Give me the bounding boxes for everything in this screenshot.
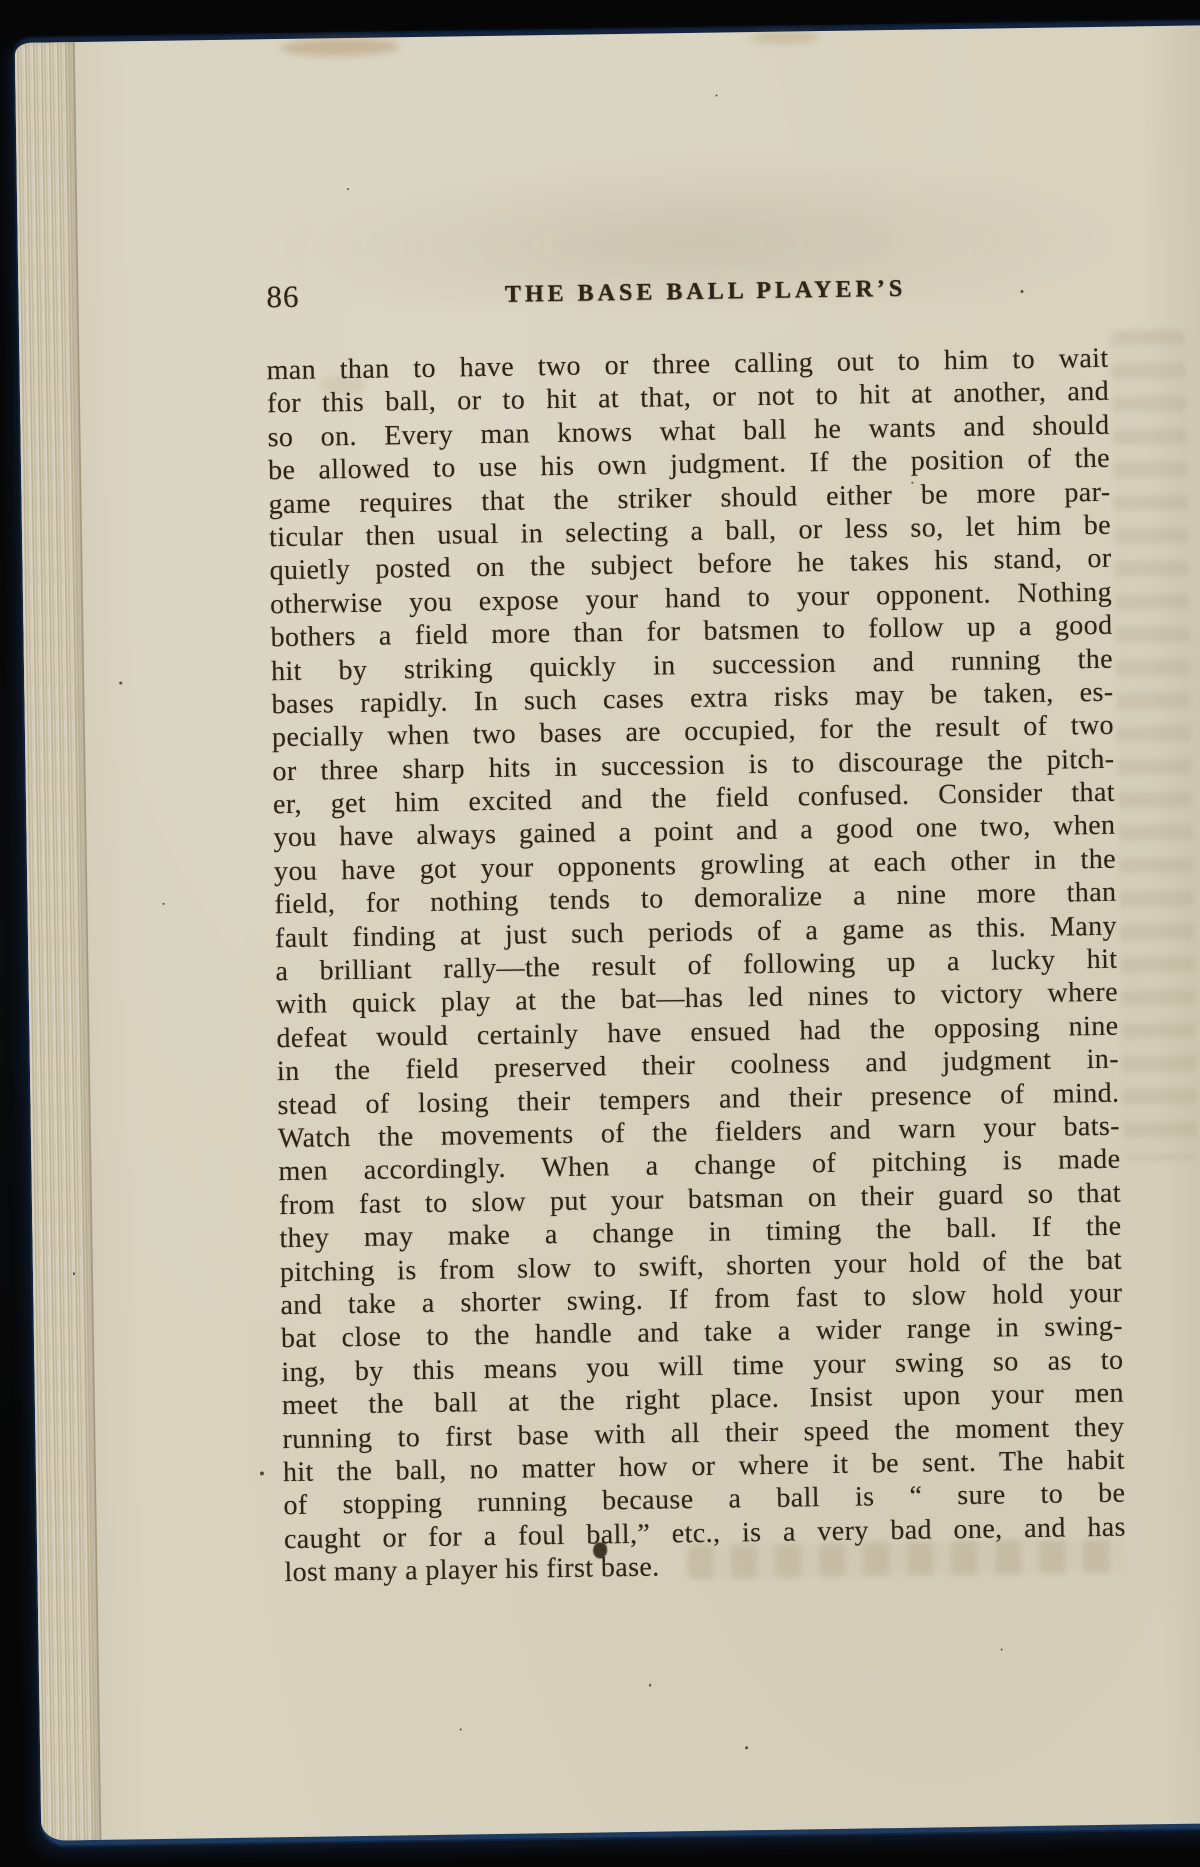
page-paragraph: man than to have two or three calling ou…: [266, 342, 1126, 1590]
speck: [716, 95, 718, 97]
speck: [119, 681, 122, 684]
speck: [1001, 1648, 1003, 1650]
speck: [649, 1684, 651, 1687]
speck: [745, 1746, 748, 1749]
stain: [280, 37, 400, 57]
stain: [750, 31, 820, 44]
page-number: 86: [266, 279, 300, 315]
show-through-bottom: [687, 1539, 1127, 1580]
speck: [460, 1729, 462, 1731]
speck: [911, 482, 913, 484]
speck: [1020, 290, 1023, 293]
speck: [73, 1272, 75, 1275]
scan-backdrop: 86 THE BASE BALL PLAYER’S man than to ha…: [0, 0, 1200, 1867]
speck: [162, 903, 164, 905]
page-edge-stack: [15, 42, 102, 1841]
book-page: 86 THE BASE BALL PLAYER’S man than to ha…: [15, 21, 1200, 1846]
show-through-right: [1111, 330, 1197, 1161]
speck: [589, 1340, 591, 1342]
speck: [347, 188, 349, 190]
speck: [260, 1471, 264, 1475]
